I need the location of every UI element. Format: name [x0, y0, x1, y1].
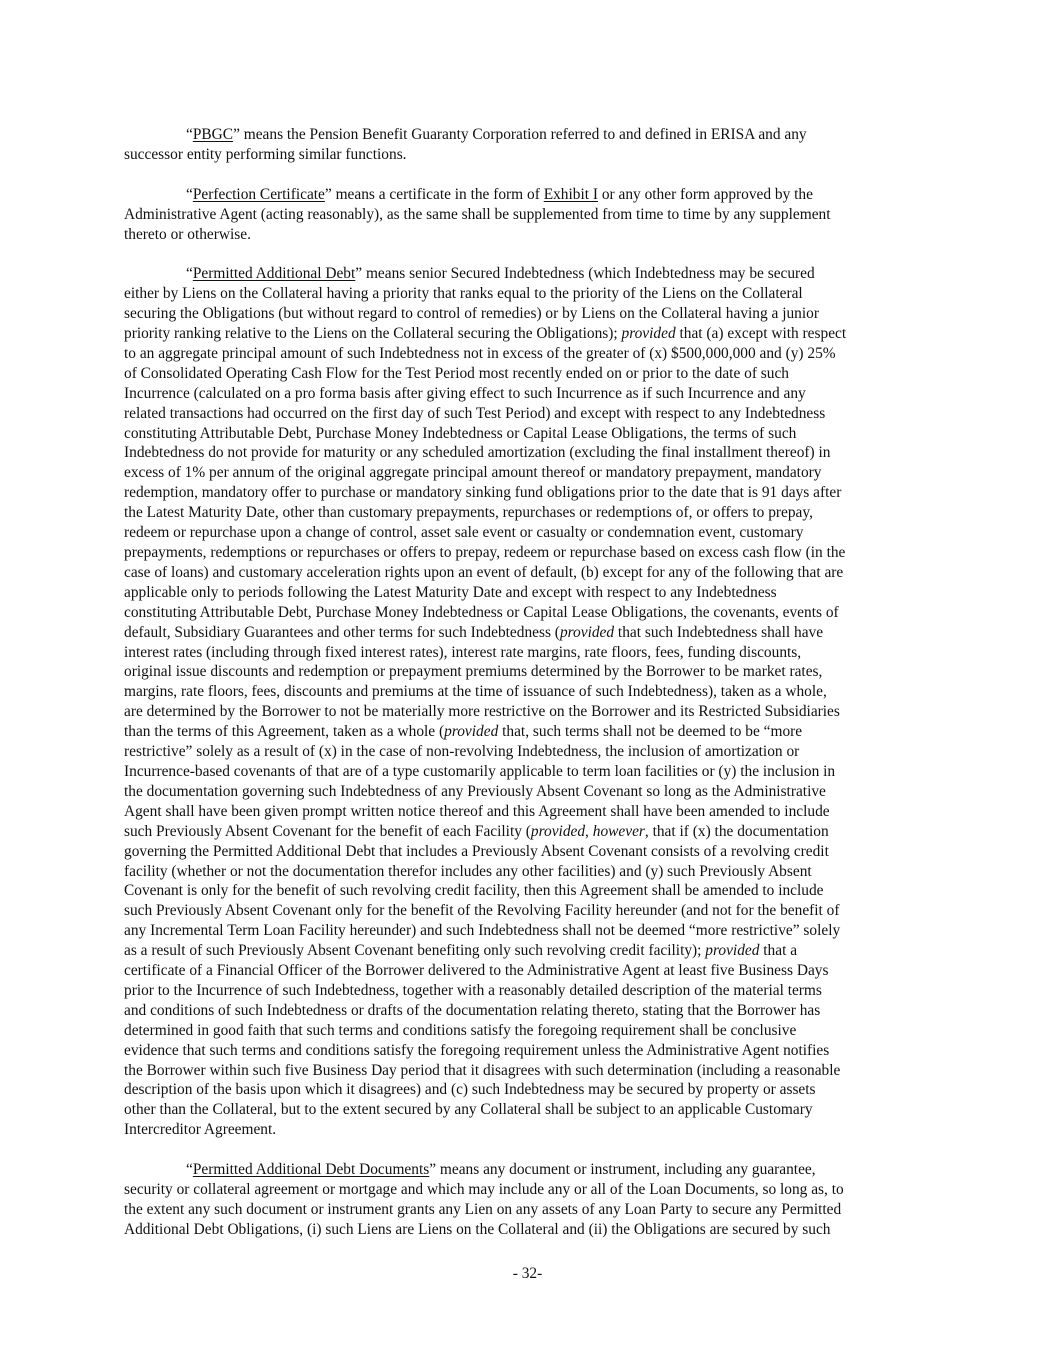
- text-line: the extent any such document or instrume…: [124, 1200, 944, 1220]
- text-run: Agent shall have been given prompt writt…: [124, 803, 830, 820]
- text-run: ” means senior Secured Indebtedness (whi…: [355, 265, 814, 282]
- text-run: facility (whether or not the documentati…: [124, 863, 812, 880]
- italic-emphasis: provided: [560, 624, 614, 641]
- text-line: facility (whether or not the documentati…: [124, 862, 944, 882]
- text-run: such Previously Absent Covenant for the …: [124, 823, 531, 840]
- text-run: thereto or otherwise.: [124, 226, 251, 243]
- text-run: case of loans) and customary acceleratio…: [124, 564, 843, 581]
- text-line: Agent shall have been given prompt writt…: [124, 802, 944, 822]
- text-run: constituting Attributable Debt, Purchase…: [124, 425, 796, 442]
- definition-first-line: “Permitted Additional Debt Documents” me…: [124, 1160, 944, 1180]
- text-run: such Previously Absent Covenant only for…: [124, 902, 840, 919]
- text-run: governing the Permitted Additional Debt …: [124, 843, 829, 860]
- text-line: case of loans) and customary acceleratio…: [124, 563, 944, 583]
- italic-emphasis: provided: [531, 823, 585, 840]
- text-line: restrictive” solely as a result of (x) i…: [124, 742, 944, 762]
- text-line: Incurrence (calculated on a pro forma ba…: [124, 384, 944, 404]
- text-line: interest rates (including through fixed …: [124, 643, 944, 663]
- defined-term: PBGC: [193, 126, 233, 143]
- text-line: as a result of such Previously Absent Co…: [124, 941, 944, 961]
- text-run: successor entity performing similar func…: [124, 146, 407, 163]
- text-line: the Borrower within such five Business D…: [124, 1061, 944, 1081]
- text-line: thereto or otherwise.: [124, 225, 944, 245]
- text-run: default, Subsidiary Guarantees and other…: [124, 624, 560, 641]
- text-run: any Incremental Term Loan Facility hereu…: [124, 922, 840, 939]
- text-line: Covenant is only for the benefit of such…: [124, 881, 944, 901]
- text-line: related transactions had occurred on the…: [124, 404, 944, 424]
- document-page: “PBGC” means the Pension Benefit Guarant…: [124, 125, 944, 1260]
- text-run: “: [186, 126, 193, 143]
- text-run: Incurrence (calculated on a pro forma ba…: [124, 385, 806, 402]
- text-run: are determined by the Borrower to not be…: [124, 703, 840, 720]
- text-line: are determined by the Borrower to not be…: [124, 702, 944, 722]
- text-line: such Previously Absent Covenant for the …: [124, 822, 944, 842]
- text-run: the extent any such document or instrume…: [124, 1201, 841, 1218]
- text-line: evidence that such terms and conditions …: [124, 1041, 944, 1061]
- text-line: the documentation governing such Indebte…: [124, 782, 944, 802]
- text-run: applicable only to periods following the…: [124, 584, 777, 601]
- italic-emphasis: however: [593, 823, 645, 840]
- text-line: such Previously Absent Covenant only for…: [124, 901, 944, 921]
- text-run: that a: [759, 942, 797, 959]
- text-run: Additional Debt Obligations, (i) such Li…: [124, 1221, 831, 1238]
- text-run: Indebtedness do not provide for maturity…: [124, 444, 830, 461]
- text-line: Indebtedness do not provide for maturity…: [124, 443, 944, 463]
- text-run: description of the basis upon which it d…: [124, 1081, 816, 1098]
- defined-term: Perfection Certificate: [193, 186, 325, 203]
- text-line: redeem or repurchase upon a change of co…: [124, 523, 944, 543]
- italic-emphasis: provided: [622, 325, 676, 342]
- text-run: as a result of such Previously Absent Co…: [124, 942, 705, 959]
- text-line: prepayments, redemptions or repurchases …: [124, 543, 944, 563]
- text-run: “: [186, 186, 193, 203]
- text-run: excess of 1% per annum of the original a…: [124, 464, 821, 481]
- text-run: the Latest Maturity Date, other than cus…: [124, 504, 813, 521]
- text-run: prior to the Incurrence of such Indebted…: [124, 982, 822, 999]
- text-line: to an aggregate principal amount of such…: [124, 344, 944, 364]
- text-run: securing the Obligations (but without re…: [124, 305, 819, 322]
- definition-paragraph: “Permitted Additional Debt Documents” me…: [124, 1160, 944, 1240]
- text-line: Incurrence-based covenants of that are o…: [124, 762, 944, 782]
- text-line: priority ranking relative to the Liens o…: [124, 324, 944, 344]
- text-run: and conditions of such Indebtedness or d…: [124, 1002, 820, 1019]
- text-line: constituting Attributable Debt, Purchase…: [124, 424, 944, 444]
- text-line: successor entity performing similar func…: [124, 145, 944, 165]
- italic-emphasis: provided: [705, 942, 759, 959]
- text-run: Incurrence-based covenants of that are o…: [124, 763, 835, 780]
- text-line: prior to the Incurrence of such Indebted…: [124, 981, 944, 1001]
- text-run: margins, rate floors, fees, discounts an…: [124, 683, 827, 700]
- text-run: determined in good faith that such terms…: [124, 1022, 796, 1039]
- text-run: the Borrower within such five Business D…: [124, 1062, 840, 1079]
- text-run: that (a) except with respect: [676, 325, 847, 342]
- text-line: the Latest Maturity Date, other than cus…: [124, 503, 944, 523]
- definition-first-line: “PBGC” means the Pension Benefit Guarant…: [124, 125, 944, 145]
- text-run: the documentation governing such Indebte…: [124, 783, 826, 800]
- text-run: security or collateral agreement or mort…: [124, 1181, 844, 1198]
- text-line: certificate of a Financial Officer of th…: [124, 961, 944, 981]
- defined-term: Permitted Additional Debt Documents: [193, 1161, 429, 1178]
- text-run: Covenant is only for the benefit of such…: [124, 882, 824, 899]
- text-line: security or collateral agreement or mort…: [124, 1180, 944, 1200]
- text-run: ” means any document or instrument, incl…: [429, 1161, 815, 1178]
- text-line: determined in good faith that such terms…: [124, 1021, 944, 1041]
- text-line: margins, rate floors, fees, discounts an…: [124, 682, 944, 702]
- text-run: ” means the Pension Benefit Guaranty Cor…: [233, 126, 807, 143]
- text-run: redemption, mandatory offer to purchase …: [124, 484, 841, 501]
- text-run: “: [186, 265, 193, 282]
- text-run: prepayments, redemptions or repurchases …: [124, 544, 845, 561]
- text-run: of Consolidated Operating Cash Flow for …: [124, 365, 789, 382]
- text-line: either by Liens on the Collateral having…: [124, 284, 944, 304]
- text-line: redemption, mandatory offer to purchase …: [124, 483, 944, 503]
- text-line: other than the Collateral, but to the ex…: [124, 1100, 944, 1120]
- text-run: , that if (x) the documentation: [645, 823, 829, 840]
- text-run: to an aggregate principal amount of such…: [124, 345, 836, 362]
- text-run: related transactions had occurred on the…: [124, 405, 825, 422]
- text-run: redeem or repurchase upon a change of co…: [124, 524, 804, 541]
- text-line: and conditions of such Indebtedness or d…: [124, 1001, 944, 1021]
- text-line: constituting Attributable Debt, Purchase…: [124, 603, 944, 623]
- text-run: that, such terms shall not be deemed to …: [498, 723, 802, 740]
- text-run: interest rates (including through fixed …: [124, 644, 801, 661]
- page-number: - 32-: [0, 1265, 1055, 1283]
- definition-paragraph: “Perfection Certificate” means a certifi…: [124, 185, 944, 245]
- defined-term: Permitted Additional Debt: [193, 265, 355, 282]
- text-line: of Consolidated Operating Cash Flow for …: [124, 364, 944, 384]
- italic-emphasis: provided: [444, 723, 498, 740]
- text-run: ,: [585, 823, 593, 840]
- text-line: excess of 1% per annum of the original a…: [124, 463, 944, 483]
- definition-paragraph: “Permitted Additional Debt” means senior…: [124, 264, 944, 1140]
- text-run: certificate of a Financial Officer of th…: [124, 962, 828, 979]
- defined-term: Exhibit I: [544, 186, 598, 203]
- text-line: description of the basis upon which it d…: [124, 1080, 944, 1100]
- text-line: than the terms of this Agreement, taken …: [124, 722, 944, 742]
- text-run: Intercreditor Agreement.: [124, 1121, 276, 1138]
- text-run: other than the Collateral, but to the ex…: [124, 1101, 813, 1118]
- definition-first-line: “Permitted Additional Debt” means senior…: [124, 264, 944, 284]
- text-run: constituting Attributable Debt, Purchase…: [124, 604, 839, 621]
- definition-first-line: “Perfection Certificate” means a certifi…: [124, 185, 944, 205]
- text-line: governing the Permitted Additional Debt …: [124, 842, 944, 862]
- text-run: than the terms of this Agreement, taken …: [124, 723, 444, 740]
- text-run: Administrative Agent (acting reasonably)…: [124, 206, 831, 223]
- text-line: original issue discounts and redemption …: [124, 662, 944, 682]
- text-line: applicable only to periods following the…: [124, 583, 944, 603]
- text-line: Intercreditor Agreement.: [124, 1120, 944, 1140]
- text-run: priority ranking relative to the Liens o…: [124, 325, 622, 342]
- definition-paragraph: “PBGC” means the Pension Benefit Guarant…: [124, 125, 944, 165]
- text-run: “: [186, 1161, 193, 1178]
- text-run: original issue discounts and redemption …: [124, 663, 822, 680]
- text-line: Additional Debt Obligations, (i) such Li…: [124, 1220, 944, 1240]
- text-line: any Incremental Term Loan Facility hereu…: [124, 921, 944, 941]
- text-run: that such Indebtedness shall have: [614, 624, 823, 641]
- text-line: Administrative Agent (acting reasonably)…: [124, 205, 944, 225]
- text-run: evidence that such terms and conditions …: [124, 1042, 829, 1059]
- definitions-list: “PBGC” means the Pension Benefit Guarant…: [124, 125, 944, 1240]
- text-line: default, Subsidiary Guarantees and other…: [124, 623, 944, 643]
- text-run: either by Liens on the Collateral having…: [124, 285, 803, 302]
- text-line: securing the Obligations (but without re…: [124, 304, 944, 324]
- text-run: or any other form approved by the: [598, 186, 813, 203]
- text-run: restrictive” solely as a result of (x) i…: [124, 743, 799, 760]
- text-run: ” means a certificate in the form of: [325, 186, 544, 203]
